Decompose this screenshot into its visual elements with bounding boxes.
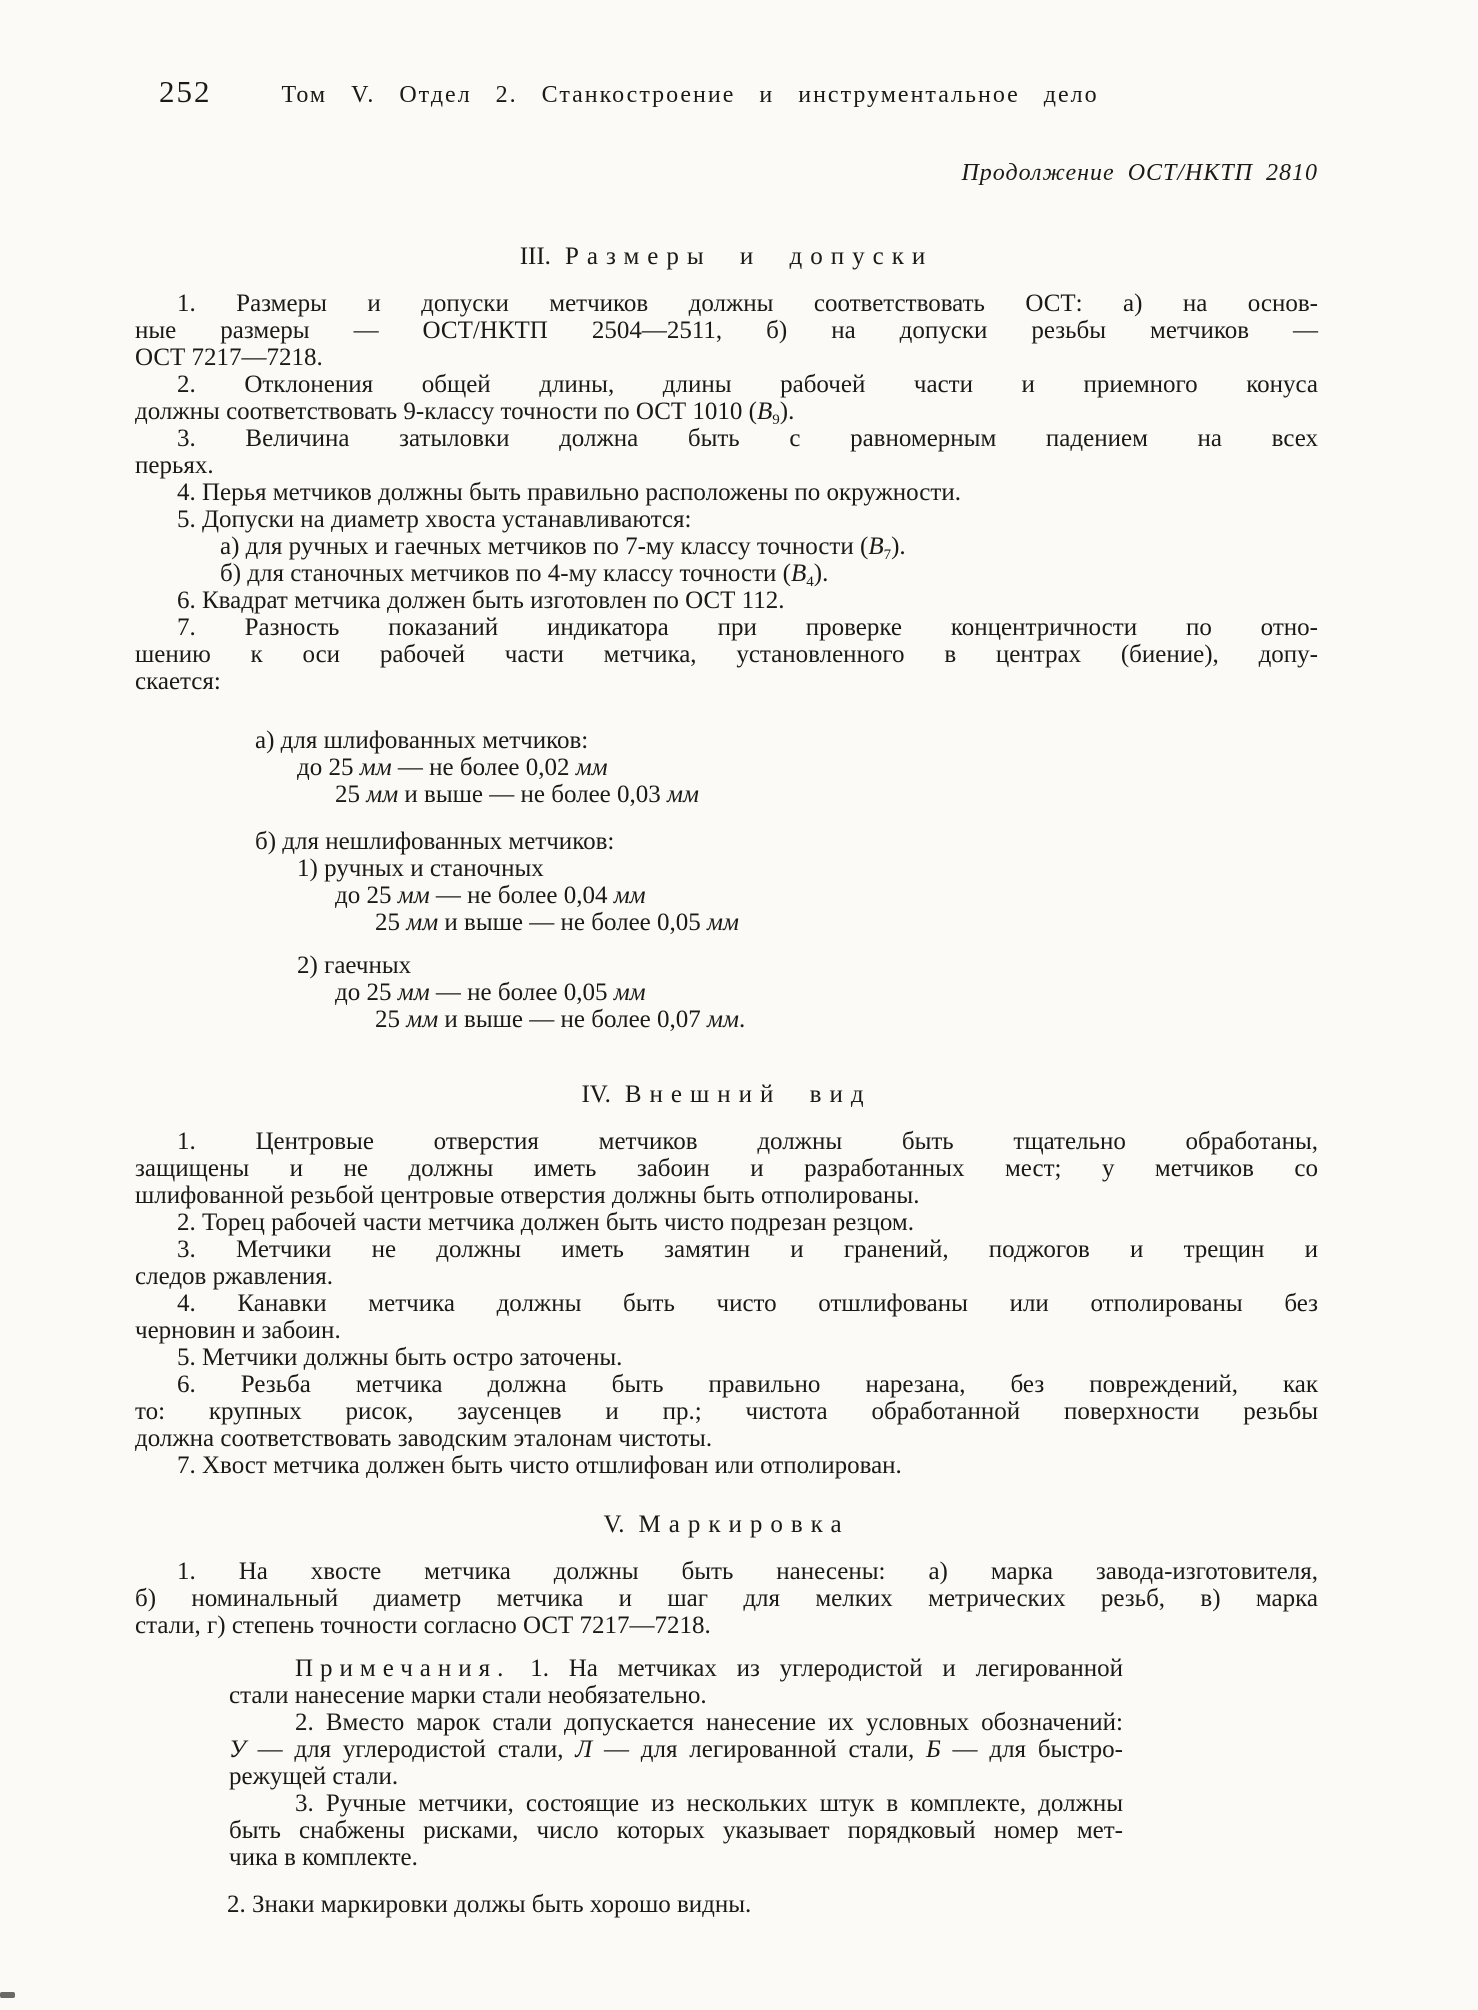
text-line: шению к оси рабочей части метчика, устан… — [135, 641, 1318, 668]
text-line: 1. На хвосте метчика должны быть нанесен… — [135, 1558, 1318, 1585]
document-body: III.Размеры и допуски1. Размеры и допуск… — [135, 243, 1318, 1918]
text-line: 5. Метчики должны быть остро заточены. — [135, 1344, 1318, 1371]
section-title: Размеры и допуски — [565, 243, 933, 270]
text-line: 1. Центровые отверстия метчиков должны б… — [135, 1128, 1318, 1155]
text-line: 25 мм и выше — не более 0,07 мм. — [135, 1006, 1318, 1033]
text-line: б) номинальный диаметр метчика и шаг для… — [135, 1585, 1318, 1612]
text-line: 7. Разность показаний индикатора при про… — [135, 614, 1318, 641]
text-line: до 25 мм — не более 0,04 мм — [135, 882, 1318, 909]
text-line: 6. Квадрат метчика должен быть изготовле… — [135, 587, 1318, 614]
text-line: 25 мм и выше — не более 0,05 мм — [135, 909, 1318, 936]
page-number: 252 — [159, 74, 212, 110]
section-number: III. — [520, 243, 551, 270]
text-line: 2. Отклонения общей длины, длины рабочей… — [135, 371, 1318, 398]
running-title: Том V. Отдел 2. Станкостроение и инструм… — [282, 82, 1099, 109]
text-line: 4. Перья метчиков должны быть правильно … — [135, 479, 1318, 506]
text-line: то: крупных рисок, заусенцев и пр.; чист… — [135, 1398, 1318, 1425]
text-line: 6. Резьба метчика должна быть правильно … — [135, 1371, 1318, 1398]
scan-speck — [0, 1992, 15, 1998]
section-heading: V.Маркировка — [135, 1511, 1318, 1538]
text-line: ОСТ 7217—7218. — [135, 344, 1318, 371]
text-line: 2. Торец рабочей части метчика должен бы… — [135, 1209, 1318, 1236]
text-line: следов ржавления. — [135, 1263, 1318, 1290]
section-number: IV. — [581, 1081, 610, 1108]
section-title: Маркировка — [639, 1511, 850, 1538]
text-line: 1. Размеры и допуски метчиков должны соо… — [135, 290, 1318, 317]
document-page: 252 Том V. Отдел 2. Станкостроение и инс… — [0, 0, 1478, 2010]
text-line: черновин и забоин. — [135, 1317, 1318, 1344]
text-column: Продолжение ОСТ/НКТП 2810 III.Размеры и … — [135, 160, 1318, 1918]
text-line: а) для ручных и гаечных метчиков по 7-му… — [135, 533, 1318, 560]
text-line: Примечания. 1. На метчиках из углеродист… — [135, 1655, 1318, 1682]
text-line: 5. Допуски на диаметр хвоста устанавлива… — [135, 506, 1318, 533]
page-header: 252 Том V. Отдел 2. Станкостроение и инс… — [135, 0, 1318, 110]
text-line: 3. Метчики не должны иметь замятин и гра… — [135, 1236, 1318, 1263]
continuation-note: Продолжение ОСТ/НКТП 2810 — [135, 160, 1318, 187]
text-line: а) для шлифованных метчиков: — [135, 727, 1318, 754]
text-line: должны соответствовать 9-классу точности… — [135, 398, 1318, 425]
text-line: 25 мм и выше — не более 0,03 мм — [135, 781, 1318, 808]
text-line: режущей стали. — [135, 1763, 1318, 1790]
text-line: ные размеры — ОСТ/НКТП 2504—2511, б) на … — [135, 317, 1318, 344]
text-line: 4. Канавки метчика должны быть чисто отш… — [135, 1290, 1318, 1317]
text-line: до 25 мм — не более 0,05 мм — [135, 979, 1318, 1006]
text-line: 7. Хвост метчика должен быть чисто отшли… — [135, 1452, 1318, 1479]
section-title: Внешний вид — [625, 1081, 872, 1108]
text-line: 2) гаечных — [135, 952, 1318, 979]
text-line: б) для нешлифованных метчиков: — [135, 828, 1318, 855]
text-line: скается: — [135, 668, 1318, 695]
section-heading: IV.Внешний вид — [135, 1081, 1318, 1108]
text-line: У — для углеродистой стали, Л — для леги… — [135, 1736, 1318, 1763]
text-line: 1) ручных и станочных — [135, 855, 1318, 882]
text-line: чика в комплекте. — [135, 1844, 1318, 1871]
text-line: б) для станочных метчиков по 4-му классу… — [135, 560, 1318, 587]
text-line: защищены и не должны иметь забоин и разр… — [135, 1155, 1318, 1182]
section-number: V. — [603, 1511, 624, 1538]
text-line: стали нанесение марки стали необязательн… — [135, 1682, 1318, 1709]
text-line: должна соответствовать заводским эталона… — [135, 1425, 1318, 1452]
text-line: шлифованной резьбой центровые отверстия … — [135, 1182, 1318, 1209]
text-line: до 25 мм — не более 0,02 мм — [135, 754, 1318, 781]
text-line: 2. Вместо марок стали допускается нанесе… — [135, 1709, 1318, 1736]
text-line: 3. Ручные метчики, состоящие из нескольк… — [135, 1790, 1318, 1817]
text-line: 2. Знаки маркировки должы быть хорошо ви… — [135, 1891, 1318, 1918]
text-line: перьях. — [135, 452, 1318, 479]
text-line: 3. Величина затыловки должна быть с равн… — [135, 425, 1318, 452]
text-line: быть снабжены рисками, число которых ука… — [135, 1817, 1318, 1844]
section-heading: III.Размеры и допуски — [135, 243, 1318, 270]
text-line: стали, г) степень точности согласно ОСТ … — [135, 1612, 1318, 1639]
